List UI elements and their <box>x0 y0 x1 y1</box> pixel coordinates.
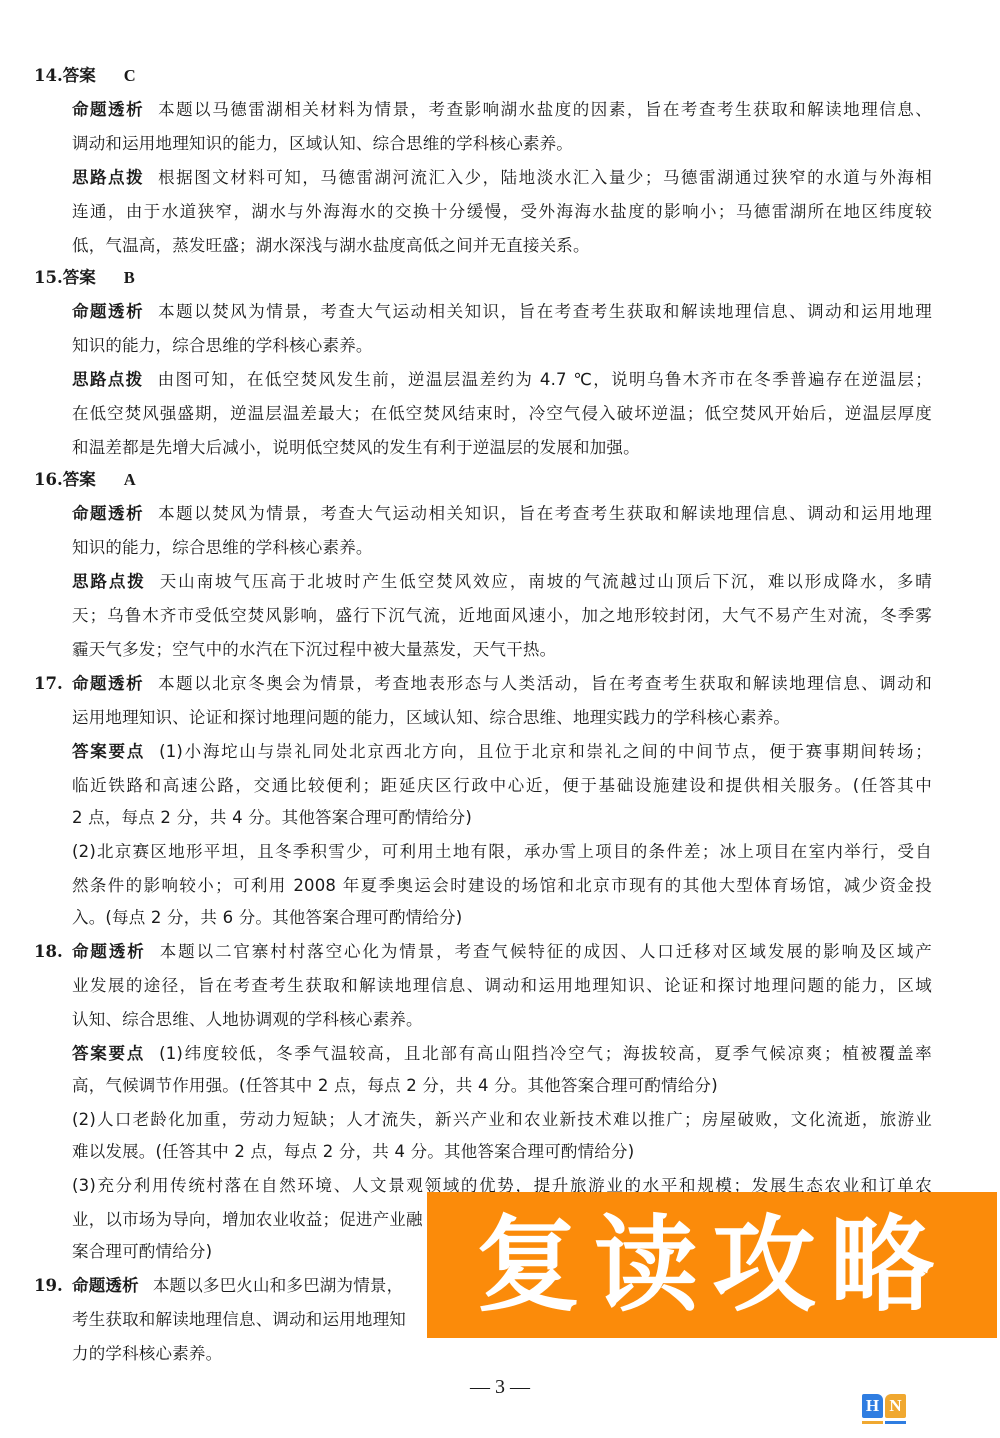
hint-label: 思路点拨 <box>72 370 144 389</box>
page-number: — 3 — <box>0 1376 1000 1399</box>
question-number: 15. <box>34 268 63 287</box>
analysis-label: 命题透析 <box>72 674 144 693</box>
question-17-number: 17. <box>34 674 63 694</box>
key-points-line: 临近铁路和高速公路，交通比较便利；距延庆区行政中心近，便于基础设施建设和提供相关… <box>72 776 932 796</box>
analysis-label: 命题透析 <box>72 1276 139 1295</box>
analysis-text: 本题以多巴火山和多巴湖为情景， <box>153 1276 404 1295</box>
key-points-label: 答案要点 <box>72 1044 145 1063</box>
key-points-text: (1)纬度较低，冬季气温较高，且北部有高山阻挡冷空气；海拔较高，夏季气候凉爽；植… <box>159 1044 932 1063</box>
logo-underline <box>862 1421 883 1424</box>
analysis-line: 知识的能力，综合思维的学科核心素养。 <box>72 336 932 356</box>
analysis-line: 命题透析本题以马德雷湖相关材料为情景，考查影响湖水盐度的因素，旨在考查考生获取和… <box>72 100 932 120</box>
analysis-label: 命题透析 <box>72 504 144 523</box>
question-18-number: 18. <box>34 942 63 962</box>
key-points-label: 答案要点 <box>72 742 145 761</box>
answer-value: C <box>124 66 136 85</box>
watermark-banner: 复读攻略 <box>427 1192 997 1338</box>
answer-label: 答案 <box>63 268 96 287</box>
answer-value: B <box>124 268 135 287</box>
question-number: 16. <box>34 470 63 489</box>
key-points-line: 2 点，每点 2 分，共 4 分。其他答案合理可酌情给分) <box>72 808 932 828</box>
question-number: 14. <box>34 66 63 85</box>
hint-line: 连通，由于水道狭窄，湖水与外海海水的交换十分缓慢，受外海海水盐度的影响小；马德雷… <box>72 202 932 222</box>
hn-logo-icon: H N <box>862 1394 908 1426</box>
analysis-line: 命题透析本题以北京冬奥会为情景，考查地表形态与人类活动，旨在考查考生获取和解读地… <box>72 674 932 694</box>
analysis-text: 本题以焚风为情景，考查大气运动相关知识，旨在考查考生获取和解读地理信息、调动和运… <box>158 302 932 321</box>
answer-label: 答案 <box>63 470 96 489</box>
analysis-label: 命题透析 <box>72 100 144 119</box>
analysis-line: 认知、综合思维、人地协调观的学科核心素养。 <box>72 1010 932 1030</box>
analysis-text: 本题以焚风为情景，考查大气运动相关知识，旨在考查考生获取和解读地理信息、调动和运… <box>158 504 932 523</box>
key-points-line: 答案要点(1)小海坨山与崇礼同处北京西北方向，且位于北京和崇礼之间的中间节点，便… <box>72 742 932 762</box>
analysis-text: 本题以北京冬奥会为情景，考查地表形态与人类活动，旨在考查考生获取和解读地理信息、… <box>158 674 932 693</box>
hint-text: 由图可知，在低空焚风发生前，逆温层温差约为 4.7 ℃，说明乌鲁木齐市在冬季普遍… <box>158 370 932 389</box>
key-points-line: (2)人口老龄化加重，劳动力短缺；人才流失，新兴产业和农业新技术难以推广；房屋破… <box>72 1110 932 1130</box>
question-15: 15.答案B <box>34 268 135 288</box>
logo-letter-n: N <box>885 1394 906 1418</box>
key-points-text: (1)小海坨山与崇礼同处北京西北方向，且位于北京和崇礼之间的中间节点，便于赛事期… <box>159 742 932 761</box>
logo-letter-h: H <box>862 1394 883 1418</box>
key-points-line: 答案要点(1)纬度较低，冬季气温较高，且北部有高山阻挡冷空气；海拔较高，夏季气候… <box>72 1044 932 1064</box>
key-points-line: 难以发展。(任答其中 2 点，每点 2 分，共 4 分。其他答案合理可酌情给分) <box>72 1142 932 1162</box>
question-16: 16.答案A <box>34 470 136 490</box>
key-points-line: 然条件的影响较小；可利用 2008 年夏季奥运会时建设的场馆和北京市现有的其他大… <box>72 876 932 896</box>
key-points-line: 入。(每点 2 分，共 6 分。其他答案合理可酌情给分) <box>72 908 932 928</box>
key-points-line: 高，气候调节作用强。(任答其中 2 点，每点 2 分，共 4 分。其他答案合理可… <box>72 1076 932 1096</box>
answer-key-page: 14.答案C 命题透析本题以马德雷湖相关材料为情景，考查影响湖水盐度的因素，旨在… <box>0 0 1000 1438</box>
analysis-line: 命题透析本题以二官寨村村落空心化为情景，考查气候特征的成因、人口迁移对区域发展的… <box>72 942 932 962</box>
hint-line: 和温差都是先增大后减小，说明低空焚风的发生有利于逆温层的发展和加强。 <box>72 438 932 458</box>
hint-label: 思路点拨 <box>72 168 144 187</box>
hint-line: 思路点拨根据图文材料可知，马德雷湖河流汇入少，陆地淡水汇入量少；马德雷湖通过狭窄… <box>72 168 932 188</box>
analysis-label: 命题透析 <box>72 942 146 961</box>
analysis-line: 运用地理知识、论证和探讨地理问题的能力，区域认知、综合思维、地理实践力的学科核心… <box>72 708 932 728</box>
analysis-line: 命题透析本题以焚风为情景，考查大气运动相关知识，旨在考查考生获取和解读地理信息、… <box>72 504 932 524</box>
hint-line: 天；乌鲁木齐市受低空焚风影响，盛行下沉气流，近地面风速小，加之地形较封闭，大气不… <box>72 606 932 626</box>
question-19-number: 19. <box>34 1276 63 1296</box>
analysis-line: 调动和运用地理知识的能力，区域认知、综合思维的学科核心素养。 <box>72 134 932 154</box>
hint-line: 低，气温高，蒸发旺盛；湖水深浅与湖水盐度高低之间并无直接关系。 <box>72 236 932 256</box>
analysis-line: 业发展的途径，旨在考查考生获取和解读地理信息、调动和运用地理知识、论证和探讨地理… <box>72 976 932 996</box>
question-14: 14.答案C <box>34 66 136 86</box>
hint-line: 思路点拨天山南坡气压高于北坡时产生低空焚风效应，南坡的气流越过山顶后下沉，难以形… <box>72 572 932 592</box>
answer-label: 答案 <box>63 66 96 85</box>
analysis-text: 本题以二官寨村村落空心化为情景，考查气候特征的成因、人口迁移对区域发展的影响及区… <box>160 942 932 961</box>
key-points-line: (2)北京赛区地形平坦，且冬季积雪少，可利用土地有限，承办雪上项目的条件差；冰上… <box>72 842 932 862</box>
analysis-text: 本题以马德雷湖相关材料为情景，考查影响湖水盐度的因素，旨在考查考生获取和解读地理… <box>158 100 932 119</box>
hint-line: 在低空焚风强盛期，逆温层温差最大；在低空焚风结束时，冷空气侵入破坏逆温；低空焚风… <box>72 404 932 424</box>
hint-label: 思路点拨 <box>72 572 146 591</box>
analysis-label: 命题透析 <box>72 302 144 321</box>
hint-text: 天山南坡气压高于北坡时产生低空焚风效应，南坡的气流越过山顶后下沉，难以形成降水，… <box>160 572 932 591</box>
analysis-line: 命题透析本题以焚风为情景，考查大气运动相关知识，旨在考查考生获取和解读地理信息、… <box>72 302 932 322</box>
hint-line: 霾天气多发；空气中的水汽在下沉过程中被大量蒸发，天气干热。 <box>72 640 932 660</box>
analysis-line: 力的学科核心素养。 <box>72 1344 932 1364</box>
answer-value: A <box>124 470 136 489</box>
logo-underline <box>885 1421 906 1424</box>
analysis-line: 知识的能力，综合思维的学科核心素养。 <box>72 538 932 558</box>
hint-line: 思路点拨由图可知，在低空焚风发生前，逆温层温差约为 4.7 ℃，说明乌鲁木齐市在… <box>72 370 932 390</box>
hint-text: 根据图文材料可知，马德雷湖河流汇入少，陆地淡水汇入量少；马德雷湖通过狭窄的水道与… <box>158 168 932 187</box>
